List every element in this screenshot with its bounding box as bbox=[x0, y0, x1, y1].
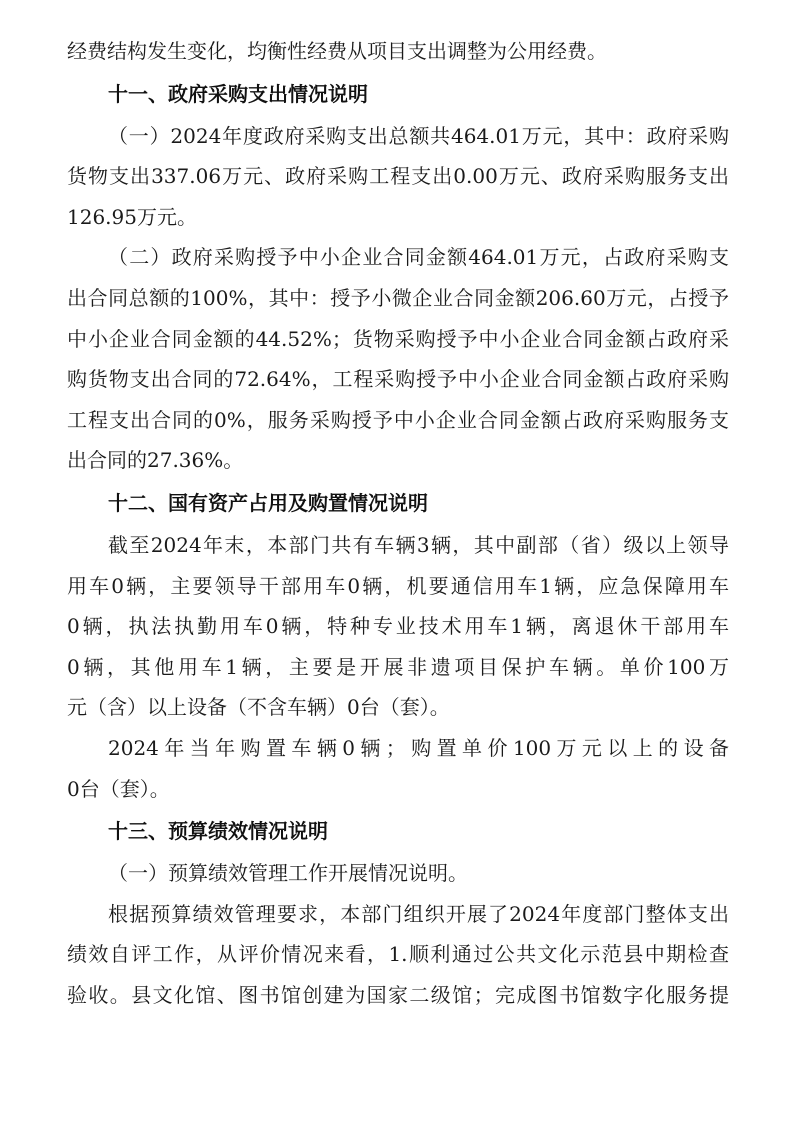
paragraph-line: 根据预算绩效管理要求，本部门组织开展了2024年度部门整体支出 bbox=[67, 894, 729, 935]
paragraph-line: 126.95万元。 bbox=[67, 197, 729, 238]
paragraph-line: 0台（套）。 bbox=[67, 769, 729, 810]
section-heading-11: 十一、政府采购支出情况说明 bbox=[67, 72, 729, 116]
paragraph-line: 元（含）以上设备（不含车辆）0台（套）。 bbox=[67, 687, 729, 728]
paragraph-line: 工程支出合同的0%，服务采购授予中小企业合同金额占政府采购服务支 bbox=[67, 400, 729, 441]
paragraph-line: 货物支出337.06万元、政府采购工程支出0.00万元、政府采购服务支出 bbox=[67, 156, 729, 197]
paragraph-line: 出合同的27.36%。 bbox=[67, 440, 729, 481]
section-heading-12: 十二、国有资产占用及购置情况说明 bbox=[67, 481, 729, 525]
paragraph-line: 出合同总额的100%，其中：授予小微企业合同金额206.60万元，占授予 bbox=[67, 278, 729, 319]
subsection-heading: （一）预算绩效管理工作开展情况说明。 bbox=[67, 853, 729, 894]
paragraph-line: 中小企业合同金额的44.52%；货物采购授予中小企业合同金额占政府采 bbox=[67, 319, 729, 360]
paragraph-line: 购货物支出合同的72.64%，工程采购授予中小企业合同金额占政府采购 bbox=[67, 359, 729, 400]
paragraph-line: （一）2024年度政府采购支出总额共464.01万元，其中：政府采购 bbox=[67, 116, 729, 157]
document-page: 经费结构发生变化，均衡性经费从项目支出调整为公用经费。 十一、政府采购支出情况说… bbox=[67, 31, 729, 1015]
paragraph-line: 用车0辆，主要领导干部用车0辆，机要通信用车1辆，应急保障用车 bbox=[67, 566, 729, 607]
paragraph-line: 2024年当年购置车辆0辆；购置单价100万元以上的设备 bbox=[67, 728, 729, 769]
paragraph-line: 0辆，其他用车1辆，主要是开展非遗项目保护车辆。单价100万 bbox=[67, 647, 729, 688]
paragraph-line: 验收。县文化馆、图书馆创建为国家二级馆；完成图书馆数字化服务提 bbox=[67, 975, 729, 1016]
paragraph-line: 0辆，执法执勤用车0辆，特种专业技术用车1辆，离退休干部用车 bbox=[67, 606, 729, 647]
paragraph-line: （二）政府采购授予中小企业合同金额464.01万元，占政府采购支 bbox=[67, 237, 729, 278]
paragraph-line: 绩效自评工作，从评价情况来看，1.顺利通过公共文化示范县中期检查 bbox=[67, 934, 729, 975]
section-heading-13: 十三、预算绩效情况说明 bbox=[67, 809, 729, 853]
paragraph-line: 经费结构发生变化，均衡性经费从项目支出调整为公用经费。 bbox=[67, 31, 729, 72]
paragraph-line: 截至2024年末，本部门共有车辆3辆，其中副部（省）级以上领导 bbox=[67, 525, 729, 566]
